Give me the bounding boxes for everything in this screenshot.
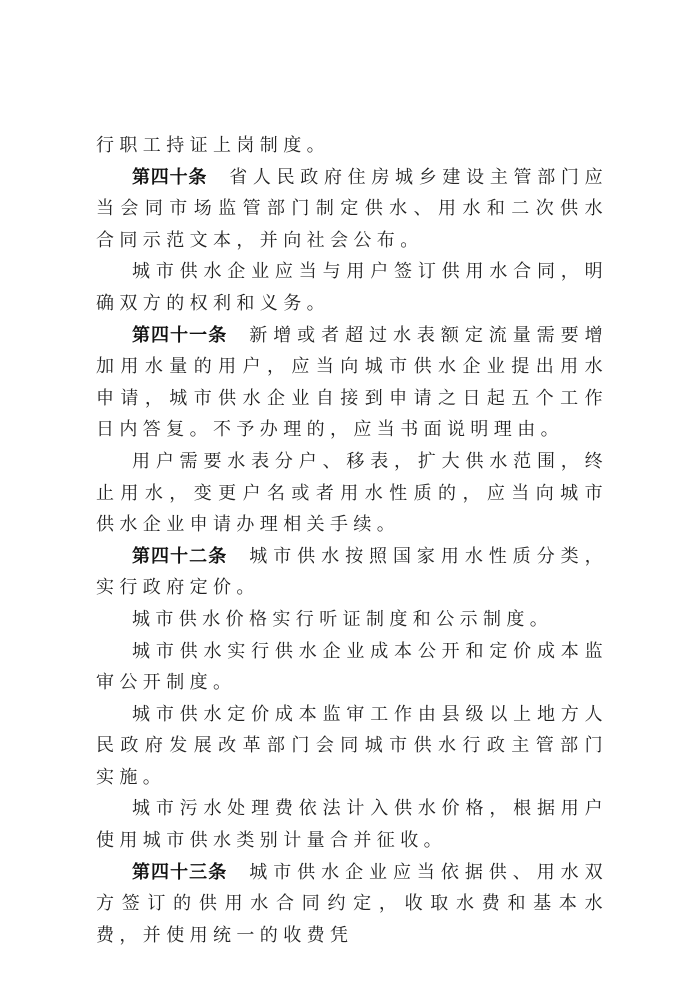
paragraph-text: 城市供水企业应当与用户签订供用水合同，明确双方的权利和义务。	[96, 261, 608, 314]
paragraph-article-42: 第四十二条城市供水按照国家用水性质分类，实行政府定价。	[96, 541, 608, 604]
paragraph-text: 城市供水实行供水企业成本公开和定价成本监审公开制度。	[96, 641, 608, 694]
document-page: 行职工持证上岗制度。 第四十条省人民政府住房城乡建设主管部门应当会同市场监管部门…	[96, 130, 608, 951]
paragraph: 城市供水企业应当与用户签订供用水合同，明确双方的权利和义务。	[96, 256, 608, 319]
paragraph: 城市污水处理费依法计入供水价格，根据用户使用城市供水类别计量合并征收。	[96, 793, 608, 856]
paragraph-continuation: 行职工持证上岗制度。	[96, 130, 608, 162]
paragraph: 城市供水价格实行听证制度和公示制度。	[96, 604, 608, 636]
paragraph: 城市供水实行供水企业成本公开和定价成本监审公开制度。	[96, 636, 608, 699]
paragraph-text: 城市供水价格实行听证制度和公示制度。	[132, 609, 553, 630]
paragraph-article-40: 第四十条省人民政府住房城乡建设主管部门应当会同市场监管部门制定供水、用水和二次供…	[96, 162, 608, 257]
paragraph: 城市供水定价成本监审工作由县级以上地方人民政府发展改革部门会同城市供水行政主管部…	[96, 699, 608, 794]
article-heading: 第四十条	[132, 167, 207, 188]
paragraph-text: 用户需要水表分户、移表，扩大供水范围，终止用水，变更户名或者用水性质的，应当向城…	[96, 451, 608, 535]
paragraph-text: 行职工持证上岗制度。	[96, 135, 330, 156]
article-heading: 第四十三条	[132, 862, 227, 883]
paragraph-article-41: 第四十一条新增或者超过水表额定流量需要增加用水量的用户，应当向城市供水企业提出用…	[96, 320, 608, 446]
paragraph: 用户需要水表分户、移表，扩大供水范围，终止用水，变更户名或者用水性质的，应当向城…	[96, 446, 608, 541]
paragraph-text: 城市供水定价成本监审工作由县级以上地方人民政府发展改革部门会同城市供水行政主管部…	[96, 704, 608, 788]
article-heading: 第四十一条	[132, 325, 227, 346]
paragraph-text: 城市污水处理费依法计入供水价格，根据用户使用城市供水类别计量合并征收。	[96, 798, 608, 851]
article-heading: 第四十二条	[132, 546, 227, 567]
paragraph-article-43: 第四十三条城市供水企业应当依据供、用水双方签订的供用水合同约定，收取水费和基本水…	[96, 857, 608, 952]
